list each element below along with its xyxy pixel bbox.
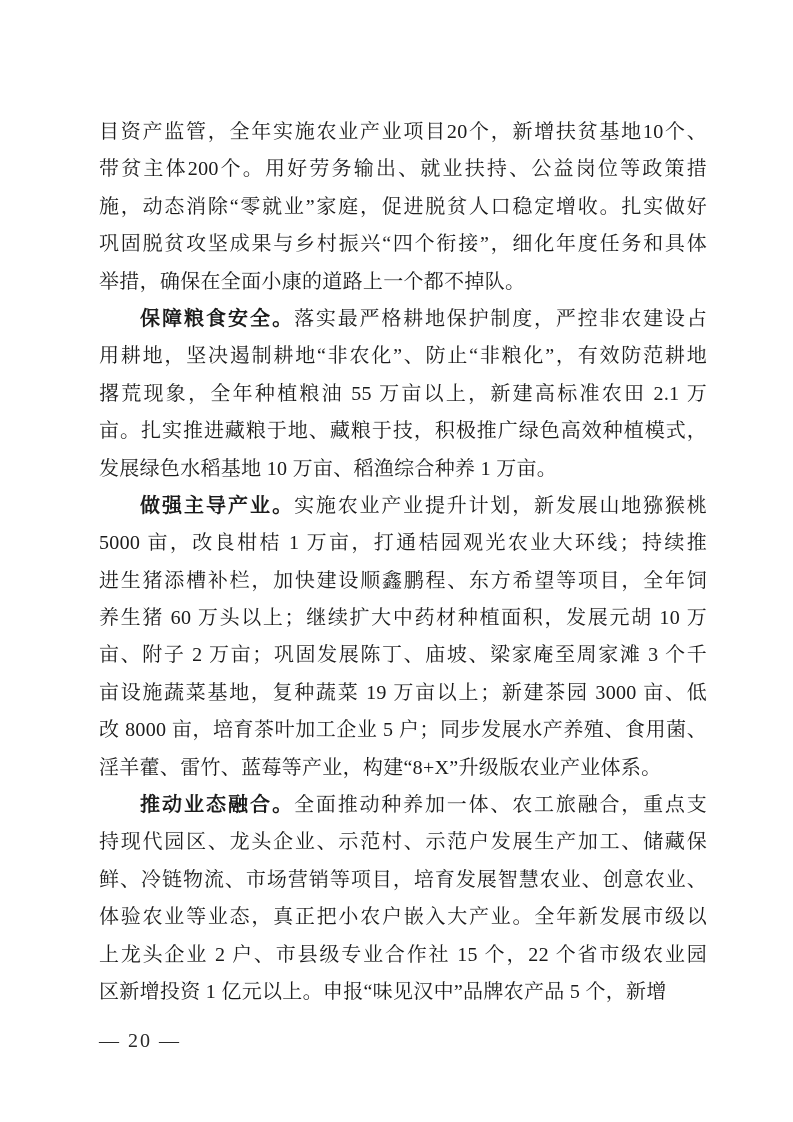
text-line: 持现代园区、龙头企业、示范村、示范户发展生产加工、储藏保 — [99, 824, 707, 861]
text-line: 目资产监管，全年实施农业产业项目20个，新增扶贫基地10个、 — [99, 114, 707, 151]
paragraph: 做强主导产业。实施农业产业提升计划，新发展山地猕猴桃5000 亩，改良柑桔 1 … — [99, 488, 707, 787]
text-line: 体验农业等业态，真正把小农户嵌入大产业。全年新发展市级以 — [99, 899, 707, 936]
paragraph: 保障粮食安全。落实最严格耕地保护制度，严控非农建设占用耕地，坚决遏制耕地“非农化… — [99, 301, 707, 488]
text-line: 撂荒现象，全年种植粮油 55 万亩以上，新建高标准农田 2.1 万 — [99, 376, 707, 413]
text-line: 做强主导产业。实施农业产业提升计划，新发展山地猕猴桃 — [99, 488, 707, 525]
text-line: 上龙头企业 2 户、市县级专业合作社 15 个，22 个省市级农业园 — [99, 937, 707, 974]
text-line: 鲜、冷链物流、市场营销等项目，培育发展智慧农业、创意农业、 — [99, 862, 707, 899]
text-line: 亩设施蔬菜基地，复种蔬菜 19 万亩以上；新建茶园 3000 亩、低 — [99, 675, 707, 712]
paragraph-lead: 保障粮食安全。 — [140, 308, 294, 330]
document-page: 目资产监管，全年实施农业产业项目20个，新增扶贫基地10个、带贫主体200个。用… — [0, 0, 793, 1122]
text-line: 保障粮食安全。落实最严格耕地保护制度，严控非农建设占 — [99, 301, 707, 338]
paragraph: 目资产监管，全年实施农业产业项目20个，新增扶贫基地10个、带贫主体200个。用… — [99, 114, 707, 301]
text-line: 推动业态融合。全面推动种养加一体、农工旅融合，重点支 — [99, 787, 707, 824]
text-line: 巩固脱贫攻坚成果与乡村振兴“四个衔接”，细化年度任务和具体 — [99, 226, 707, 263]
text-line: 施，动态消除“零就业”家庭，促进脱贫人口稳定增收。扎实做好 — [99, 189, 707, 226]
page-number: — 20 — — [99, 1030, 181, 1052]
text-line: 区新增投资 1 亿元以上。申报“味见汉中”品牌农产品 5 个，新增 — [99, 974, 707, 1011]
text-line: 亩。扎实推进藏粮于地、藏粮于技，积极推广绿色高效种植模式， — [99, 413, 707, 450]
text-line: 淫羊藿、雷竹、蓝莓等产业，构建“8+X”升级版农业产业体系。 — [99, 750, 707, 787]
text-run: 全面推动种养加一体、农工旅融合，重点支 — [294, 794, 707, 816]
text-line: 亩、附子 2 万亩；巩固发展陈丁、庙坡、梁家庵至周家滩 3 个千 — [99, 637, 707, 674]
text-line: 改 8000 亩，培育茶叶加工企业 5 户；同步发展水产养殖、食用菌、 — [99, 712, 707, 749]
text-run: 落实最严格耕地保护制度，严控非农建设占 — [294, 308, 707, 330]
paragraph-lead: 推动业态融合。 — [140, 794, 294, 816]
text-line: 发展绿色水稻基地 10 万亩、稻渔综合种养 1 万亩。 — [99, 451, 707, 488]
text-line: 带贫主体200个。用好劳务输出、就业扶持、公益岗位等政策措 — [99, 151, 707, 188]
text-run: 实施农业产业提升计划，新发展山地猕猴桃 — [294, 495, 707, 517]
text-line: 举措，确保在全面小康的道路上一个都不掉队。 — [99, 264, 707, 301]
text-line: 5000 亩，改良柑桔 1 万亩，打通桔园观光农业大环线；持续推 — [99, 525, 707, 562]
text-line: 进生猪添槽补栏，加快建设顺鑫鹏程、东方希望等项目，全年饲 — [99, 563, 707, 600]
document-body: 目资产监管，全年实施农业产业项目20个，新增扶贫基地10个、带贫主体200个。用… — [99, 114, 707, 1011]
text-line: 用耕地，坚决遏制耕地“非农化”、防止“非粮化”，有效防范耕地 — [99, 338, 707, 375]
paragraph-lead: 做强主导产业。 — [140, 495, 294, 517]
paragraph: 推动业态融合。全面推动种养加一体、农工旅融合，重点支持现代园区、龙头企业、示范村… — [99, 787, 707, 1011]
page-number-footer: — 20 — — [99, 1028, 181, 1054]
text-line: 养生猪 60 万头以上；继续扩大中药材种植面积，发展元胡 10 万 — [99, 600, 707, 637]
